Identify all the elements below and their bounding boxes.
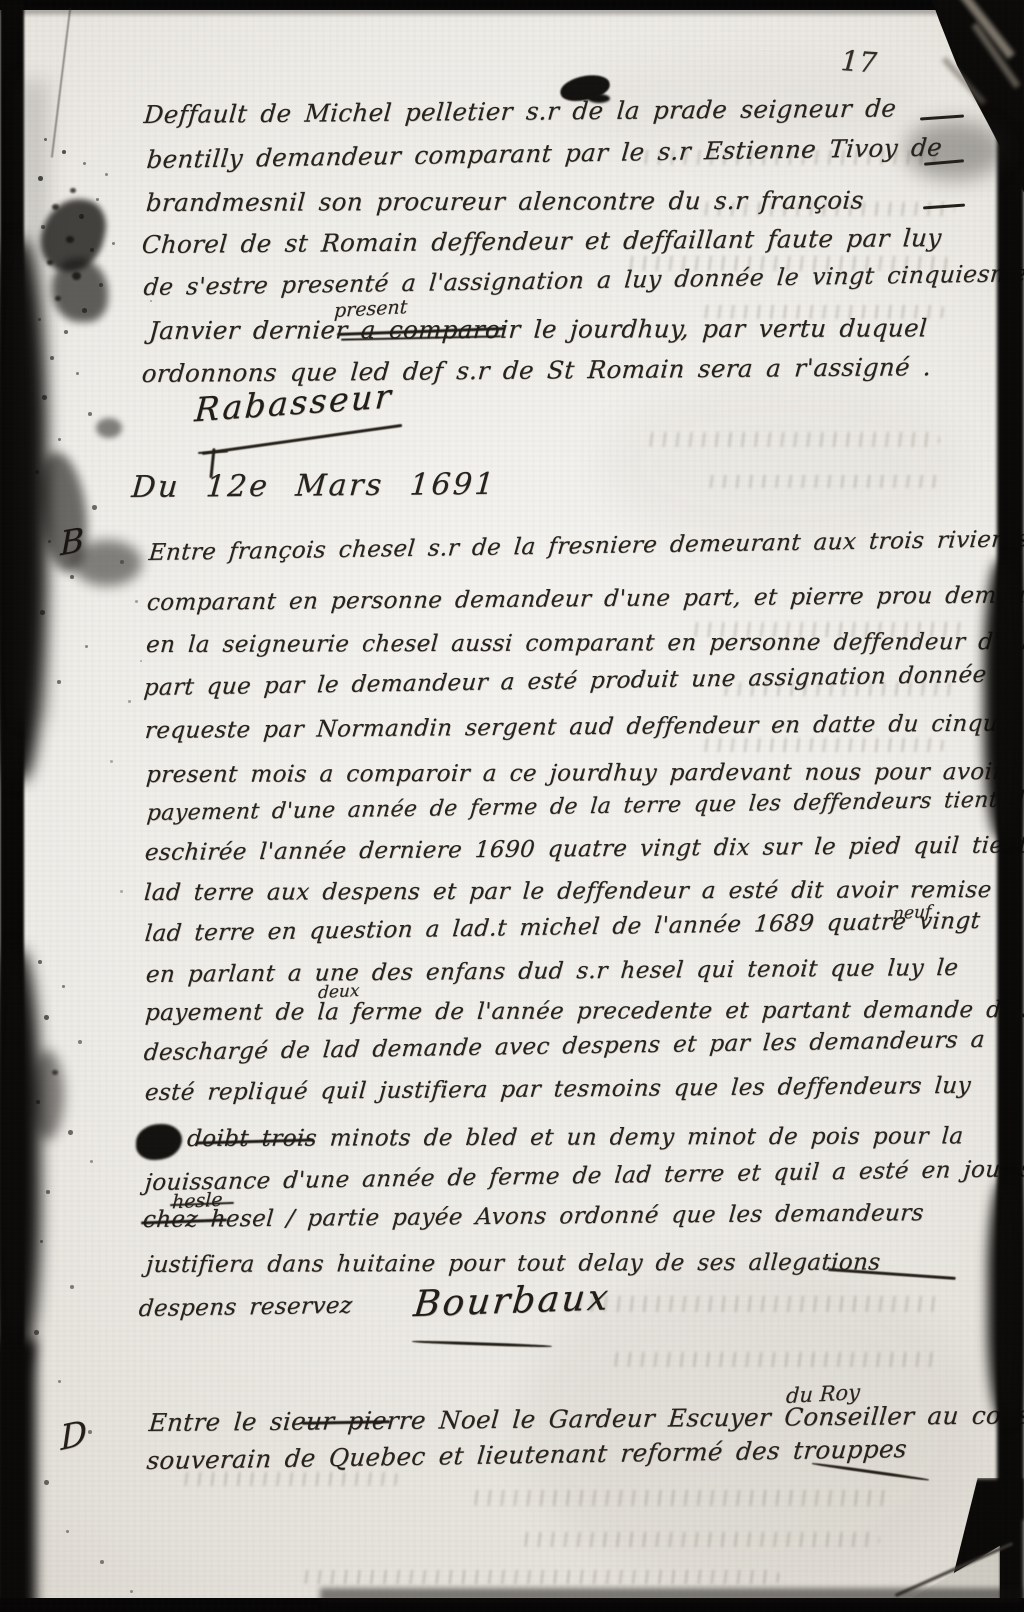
- ink-speckle: [64, 330, 68, 334]
- ink-speckle: [70, 188, 76, 193]
- ink-speckle: [70, 575, 74, 579]
- ink-speckle: [46, 1190, 50, 1194]
- ink-speckle: [120, 560, 124, 564]
- ink-speckle: [88, 412, 92, 416]
- margin-mark: D: [60, 1413, 88, 1459]
- manuscript-line: esté repliqué quil justifiera par tesmoi…: [144, 1073, 972, 1106]
- margin-blotch: [52, 258, 108, 322]
- ink-speckle: [83, 162, 86, 165]
- ink-speckle: [57, 680, 61, 684]
- manuscript-line: bentilly demandeur comparant par le s.r …: [145, 133, 943, 175]
- ink-speckle: [88, 1430, 92, 1434]
- bleedthrough-text: [705, 475, 940, 488]
- manuscript-line: en parlant a une des enfans dud s.r hese…: [145, 955, 959, 988]
- ink-speckle: [92, 505, 97, 510]
- bleedthrough-text: [610, 1352, 940, 1367]
- bleedthrough-text: [645, 432, 940, 447]
- manuscript-line: brandmesnil son procureur alencontre du …: [145, 185, 865, 217]
- ink-speckle: [58, 1380, 61, 1383]
- page-curl-shadow: [905, 120, 1005, 180]
- inserted-word: deux: [318, 981, 360, 1003]
- ink-speckle: [34, 1330, 39, 1335]
- ink-speckle: [58, 438, 61, 441]
- manuscript-line: Chorel de st Romain deffendeur et deffai…: [141, 223, 943, 259]
- paper-crease: [51, 8, 71, 157]
- ink-speckle: [62, 150, 66, 154]
- ink-speckle: [96, 198, 99, 201]
- ink-speckle: [85, 645, 88, 648]
- ink-speckle: [66, 1530, 69, 1533]
- ink-speckle: [120, 890, 123, 893]
- manuscript-line: payement de la ferme de l'année preceden…: [144, 997, 1024, 1026]
- ink-speckle: [90, 1160, 93, 1163]
- manuscript-line: Janvier dernier a comparoir le jourdhuy,…: [148, 313, 928, 345]
- inserted-word: neuf: [892, 902, 931, 924]
- ink-speckle: [79, 214, 84, 219]
- bleedthrough-text: [470, 1490, 890, 1506]
- signature-flourish: [202, 424, 402, 455]
- ink-speckle: [100, 1560, 104, 1564]
- ink-speckle: [50, 356, 54, 360]
- ink-speckle: [40, 1240, 43, 1243]
- ink-speckle: [105, 173, 108, 176]
- bleedthrough-text: [560, 1296, 940, 1312]
- ink-speckle: [90, 248, 94, 252]
- bleedthrough-text: [520, 1532, 880, 1547]
- ink-speckle: [62, 985, 65, 988]
- ink-speckle: [76, 372, 79, 375]
- manuscript-line: de s'estre presenté a l'assignation a lu…: [142, 259, 1024, 301]
- ink-speckle: [70, 1285, 74, 1289]
- bleedthrough-text: [700, 738, 945, 752]
- ink-speckle: [48, 540, 51, 543]
- scan-edge-right: [988, 1180, 1024, 1420]
- manuscript-line: lad terre aux despens et par le deffende…: [143, 877, 992, 906]
- manuscript-line: payement d'une année de ferme de la terr…: [146, 786, 1024, 826]
- manuscript-line: en la seigneurie chesel aussi comparant …: [145, 629, 1024, 658]
- ink-blot: [136, 1124, 182, 1160]
- ink-speckle: [128, 700, 131, 703]
- paper-stain: [600, 380, 960, 550]
- ink-speckle: [44, 1480, 49, 1485]
- ink-speckle: [160, 480, 163, 483]
- ink-speckle: [110, 760, 113, 763]
- date-heading: Du 12e Mars 1691: [130, 467, 497, 505]
- manuscript-line: chez hesel / partie payée Avons ordonné …: [142, 1200, 925, 1233]
- manuscript-line: eschirée l'année derniere 1690 quatre vi…: [144, 832, 1024, 866]
- scan-edge-top-shadow: [0, 9, 1024, 14]
- manuscript-line: comparant en personne demandeur d'une pa…: [146, 582, 1024, 616]
- ink-speckle: [82, 308, 87, 313]
- ink-speckle: [38, 960, 42, 964]
- ink-speckle: [72, 272, 81, 280]
- manuscript-line: deschargé de lad demande avec despens et…: [143, 1027, 986, 1066]
- ink-speckle: [135, 600, 138, 603]
- inserted-word: hesle: [171, 1189, 223, 1214]
- manuscript-line: despens reservez: [138, 1293, 354, 1322]
- ink-speckle: [44, 1015, 49, 1020]
- manuscript-line: doibt trois minots de bled et un demy mi…: [186, 1123, 964, 1152]
- margin-blotch: [72, 540, 142, 586]
- manuscript-page: 17 Deffault de Michel pelletier s.r de l…: [0, 0, 1024, 1612]
- ink-speckle: [78, 1040, 82, 1044]
- bleedthrough-text: [180, 1472, 400, 1486]
- scan-edge-bottom-shadow: [320, 1588, 1024, 1602]
- ink-speckle: [130, 1590, 133, 1593]
- manuscript-line: justifiera dans huitaine pour tout delay…: [145, 1249, 881, 1278]
- page-number: 17: [840, 44, 879, 79]
- bleedthrough-text: [300, 1570, 780, 1584]
- scan-edge-right: [984, 560, 1024, 840]
- inserted-word: present: [333, 296, 407, 322]
- ink-speckle: [140, 660, 142, 662]
- manuscript-line: Entre françois chesel s.r de la fresnier…: [148, 526, 1024, 566]
- signature-underline: [412, 1340, 552, 1348]
- signature-bourbaux: Bourbaux: [412, 1277, 613, 1325]
- margin-blotch: [96, 418, 122, 438]
- scan-edge-left: [0, 1340, 36, 1612]
- manuscript-line: lad terre en question a lad.t michel de …: [144, 908, 982, 947]
- ink-speckle: [112, 242, 115, 245]
- ink-speckle: [99, 283, 103, 287]
- ink-speckle: [150, 300, 152, 302]
- manuscript-line: jouissance d'une année de ferme de lad t…: [144, 1155, 1024, 1196]
- gutter-smudge: [20, 80, 48, 720]
- manuscript-line: present mois a comparoir a ce jourdhuy p…: [145, 759, 1004, 788]
- ink-speckle: [68, 1130, 73, 1135]
- scan-edge-left: [0, 950, 40, 1370]
